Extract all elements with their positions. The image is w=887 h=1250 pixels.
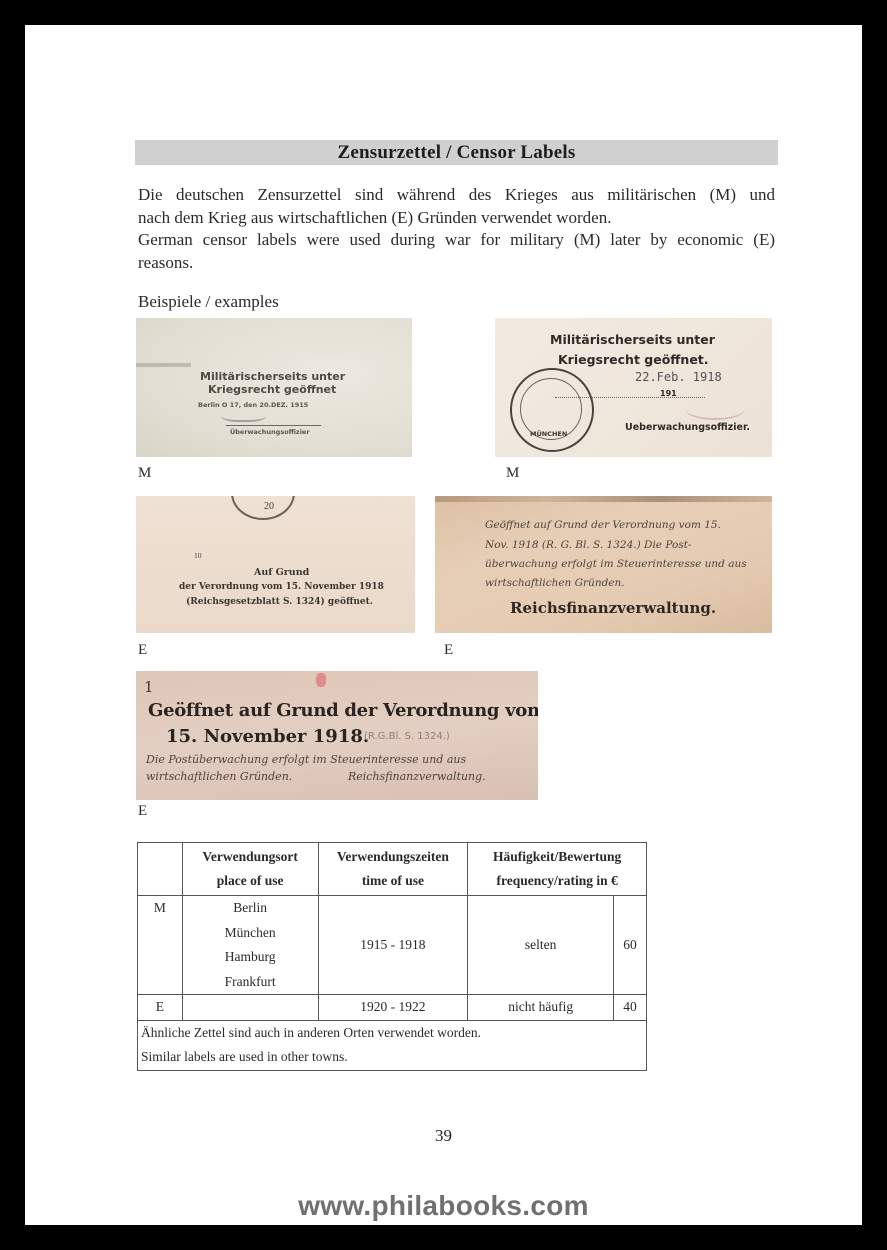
- examples-label: Beispiele / examples: [138, 292, 279, 312]
- header-freq-de: Häufigkeit/Bewertung: [468, 845, 646, 869]
- label-line: wirtschaftlichen Gründen.: [146, 770, 292, 783]
- example-caption-5: E: [138, 803, 147, 820]
- label-date-stamp: 22.Feb. 1918: [635, 370, 722, 384]
- censor-label-image-2: Militärischerseits unter Kriegsrecht geö…: [495, 318, 772, 457]
- label-line: 20: [264, 501, 274, 512]
- header-place-de: Verwendungsort: [183, 845, 318, 869]
- label-line: Nov. 1918 (R. G. Bl. S. 1324.) Die Post-: [485, 539, 691, 551]
- example-caption-2: M: [506, 465, 519, 482]
- section-title: Zensurzettel / Censor Labels: [135, 140, 778, 165]
- place-item: München: [183, 921, 318, 946]
- intro-en-line-1: German censor labels were used during wa…: [138, 229, 775, 252]
- row-rating: 40: [614, 995, 647, 1021]
- row-places: Berlin München Hamburg Frankfurt: [182, 896, 318, 995]
- table-row: M Berlin München Hamburg Frankfurt 1915 …: [138, 896, 647, 995]
- row-time: 1920 - 1922: [318, 995, 468, 1021]
- label-line: überwachung erfolgt im Steuerinteresse u…: [485, 558, 747, 570]
- signature-mark: [221, 408, 266, 422]
- section-title-text: Zensurzettel / Censor Labels: [338, 142, 576, 164]
- label-line: 1: [144, 678, 154, 696]
- censor-label-image-1: Militärischerseits unter Kriegsrecht geö…: [136, 318, 412, 457]
- place-item: Berlin: [183, 896, 318, 921]
- note-en: Similar labels are used in other towns.: [141, 1045, 646, 1070]
- header-place: Verwendungsort place of use: [182, 843, 318, 896]
- censor-label-image-3: 20 10 Auf Grund der Verordnung vom 15. N…: [136, 496, 415, 633]
- label-line: 10: [194, 551, 202, 560]
- label-line: 191: [660, 389, 677, 398]
- place-item: Hamburg: [183, 945, 318, 970]
- label-line: wirtschaftlichen Gründen.: [485, 577, 625, 589]
- row-type: M: [138, 896, 183, 995]
- postmark-icon: [231, 496, 295, 520]
- signature-line: [226, 425, 321, 426]
- book-page: Zensurzettel / Censor Labels Die deutsch…: [25, 25, 862, 1225]
- example-caption-4: E: [444, 642, 453, 659]
- round-stamp-icon: [510, 368, 594, 452]
- label-line: Auf Grund: [254, 567, 309, 578]
- intro-de-line-2: nach dem Krieg aus wirtschaftlichen (E) …: [138, 207, 775, 230]
- label-line: Kriegsrecht geöffnet.: [558, 352, 709, 367]
- label-line: der Verordnung vom 15. November 1918: [179, 582, 384, 592]
- row-frequency: selten: [468, 896, 614, 995]
- header-time-en: time of use: [319, 869, 468, 893]
- label-line: Überwachungsoffizier: [230, 428, 310, 436]
- label-line: Die Postüberwachung erfolgt im Steuerint…: [146, 753, 466, 766]
- header-type: [138, 843, 183, 896]
- censor-label-image-5: 1 Geöffnet auf Grund der Verordnung vom …: [136, 671, 538, 800]
- label-line: Geöffnet auf Grund der Verordnung vom: [148, 700, 538, 721]
- intro-de-line-1: Die deutschen Zensurzettel sind während …: [138, 184, 775, 207]
- header-time: Verwendungszeiten time of use: [318, 843, 468, 896]
- label-line: Militärischerseits unter: [200, 370, 345, 383]
- row-places: [182, 995, 318, 1021]
- label-line: Kriegsrecht geöffnet: [208, 383, 336, 396]
- row-type: E: [138, 995, 183, 1021]
- label-line: Reichsfinanzverwaltung.: [348, 770, 486, 783]
- censor-label-image-4: Geöffnet auf Grund der Verordnung vom 15…: [435, 496, 772, 633]
- label-line: (R.G.Bl. S. 1324.): [364, 731, 450, 742]
- label-line: Ueberwachungsoffizier.: [625, 422, 750, 433]
- row-rating: 60: [614, 896, 647, 995]
- table-header-row: Verwendungsort place of use Verwendungsz…: [138, 843, 647, 896]
- intro-en-line-2: reasons.: [138, 252, 775, 275]
- example-caption-3: E: [138, 642, 147, 659]
- table-note: Ähnliche Zettel sind auch in anderen Ort…: [138, 1020, 647, 1070]
- header-freq-en: frequency/rating in €: [468, 869, 646, 893]
- label-line: (Reichsgesetzblatt S. 1324) geöffnet.: [186, 597, 373, 607]
- place-item: Frankfurt: [183, 970, 318, 995]
- table-note-row: Ähnliche Zettel sind auch in anderen Ort…: [138, 1020, 647, 1070]
- table-row: E 1920 - 1922 nicht häufig 40: [138, 995, 647, 1021]
- usage-table: Verwendungsort place of use Verwendungsz…: [137, 842, 647, 1071]
- header-time-de: Verwendungszeiten: [319, 845, 468, 869]
- label-line: MÜNCHEN: [530, 430, 567, 438]
- label-line: Reichsfinanzverwaltung.: [510, 599, 716, 617]
- row-time: 1915 - 1918: [318, 896, 468, 995]
- page-number: 39: [25, 1126, 862, 1146]
- label-line: Geöffnet auf Grund der Verordnung vom 15…: [485, 519, 721, 531]
- website-footer: www.philabooks.com: [25, 1190, 862, 1222]
- torn-edge: [435, 496, 772, 502]
- signature-mark: [685, 398, 745, 420]
- intro-paragraph: Die deutschen Zensurzettel sind während …: [138, 184, 775, 274]
- row-frequency: nicht häufig: [468, 995, 614, 1021]
- header-frequency: Häufigkeit/Bewertung frequency/rating in…: [468, 843, 647, 896]
- example-caption-1: M: [138, 465, 151, 482]
- header-place-en: place of use: [183, 869, 318, 893]
- label-line: Militärischerseits unter: [550, 332, 715, 347]
- label-line: 15. November 1918.: [166, 726, 369, 747]
- red-mark: [316, 673, 326, 687]
- smudge-mark: [136, 363, 191, 367]
- note-de: Ähnliche Zettel sind auch in anderen Ort…: [141, 1021, 646, 1046]
